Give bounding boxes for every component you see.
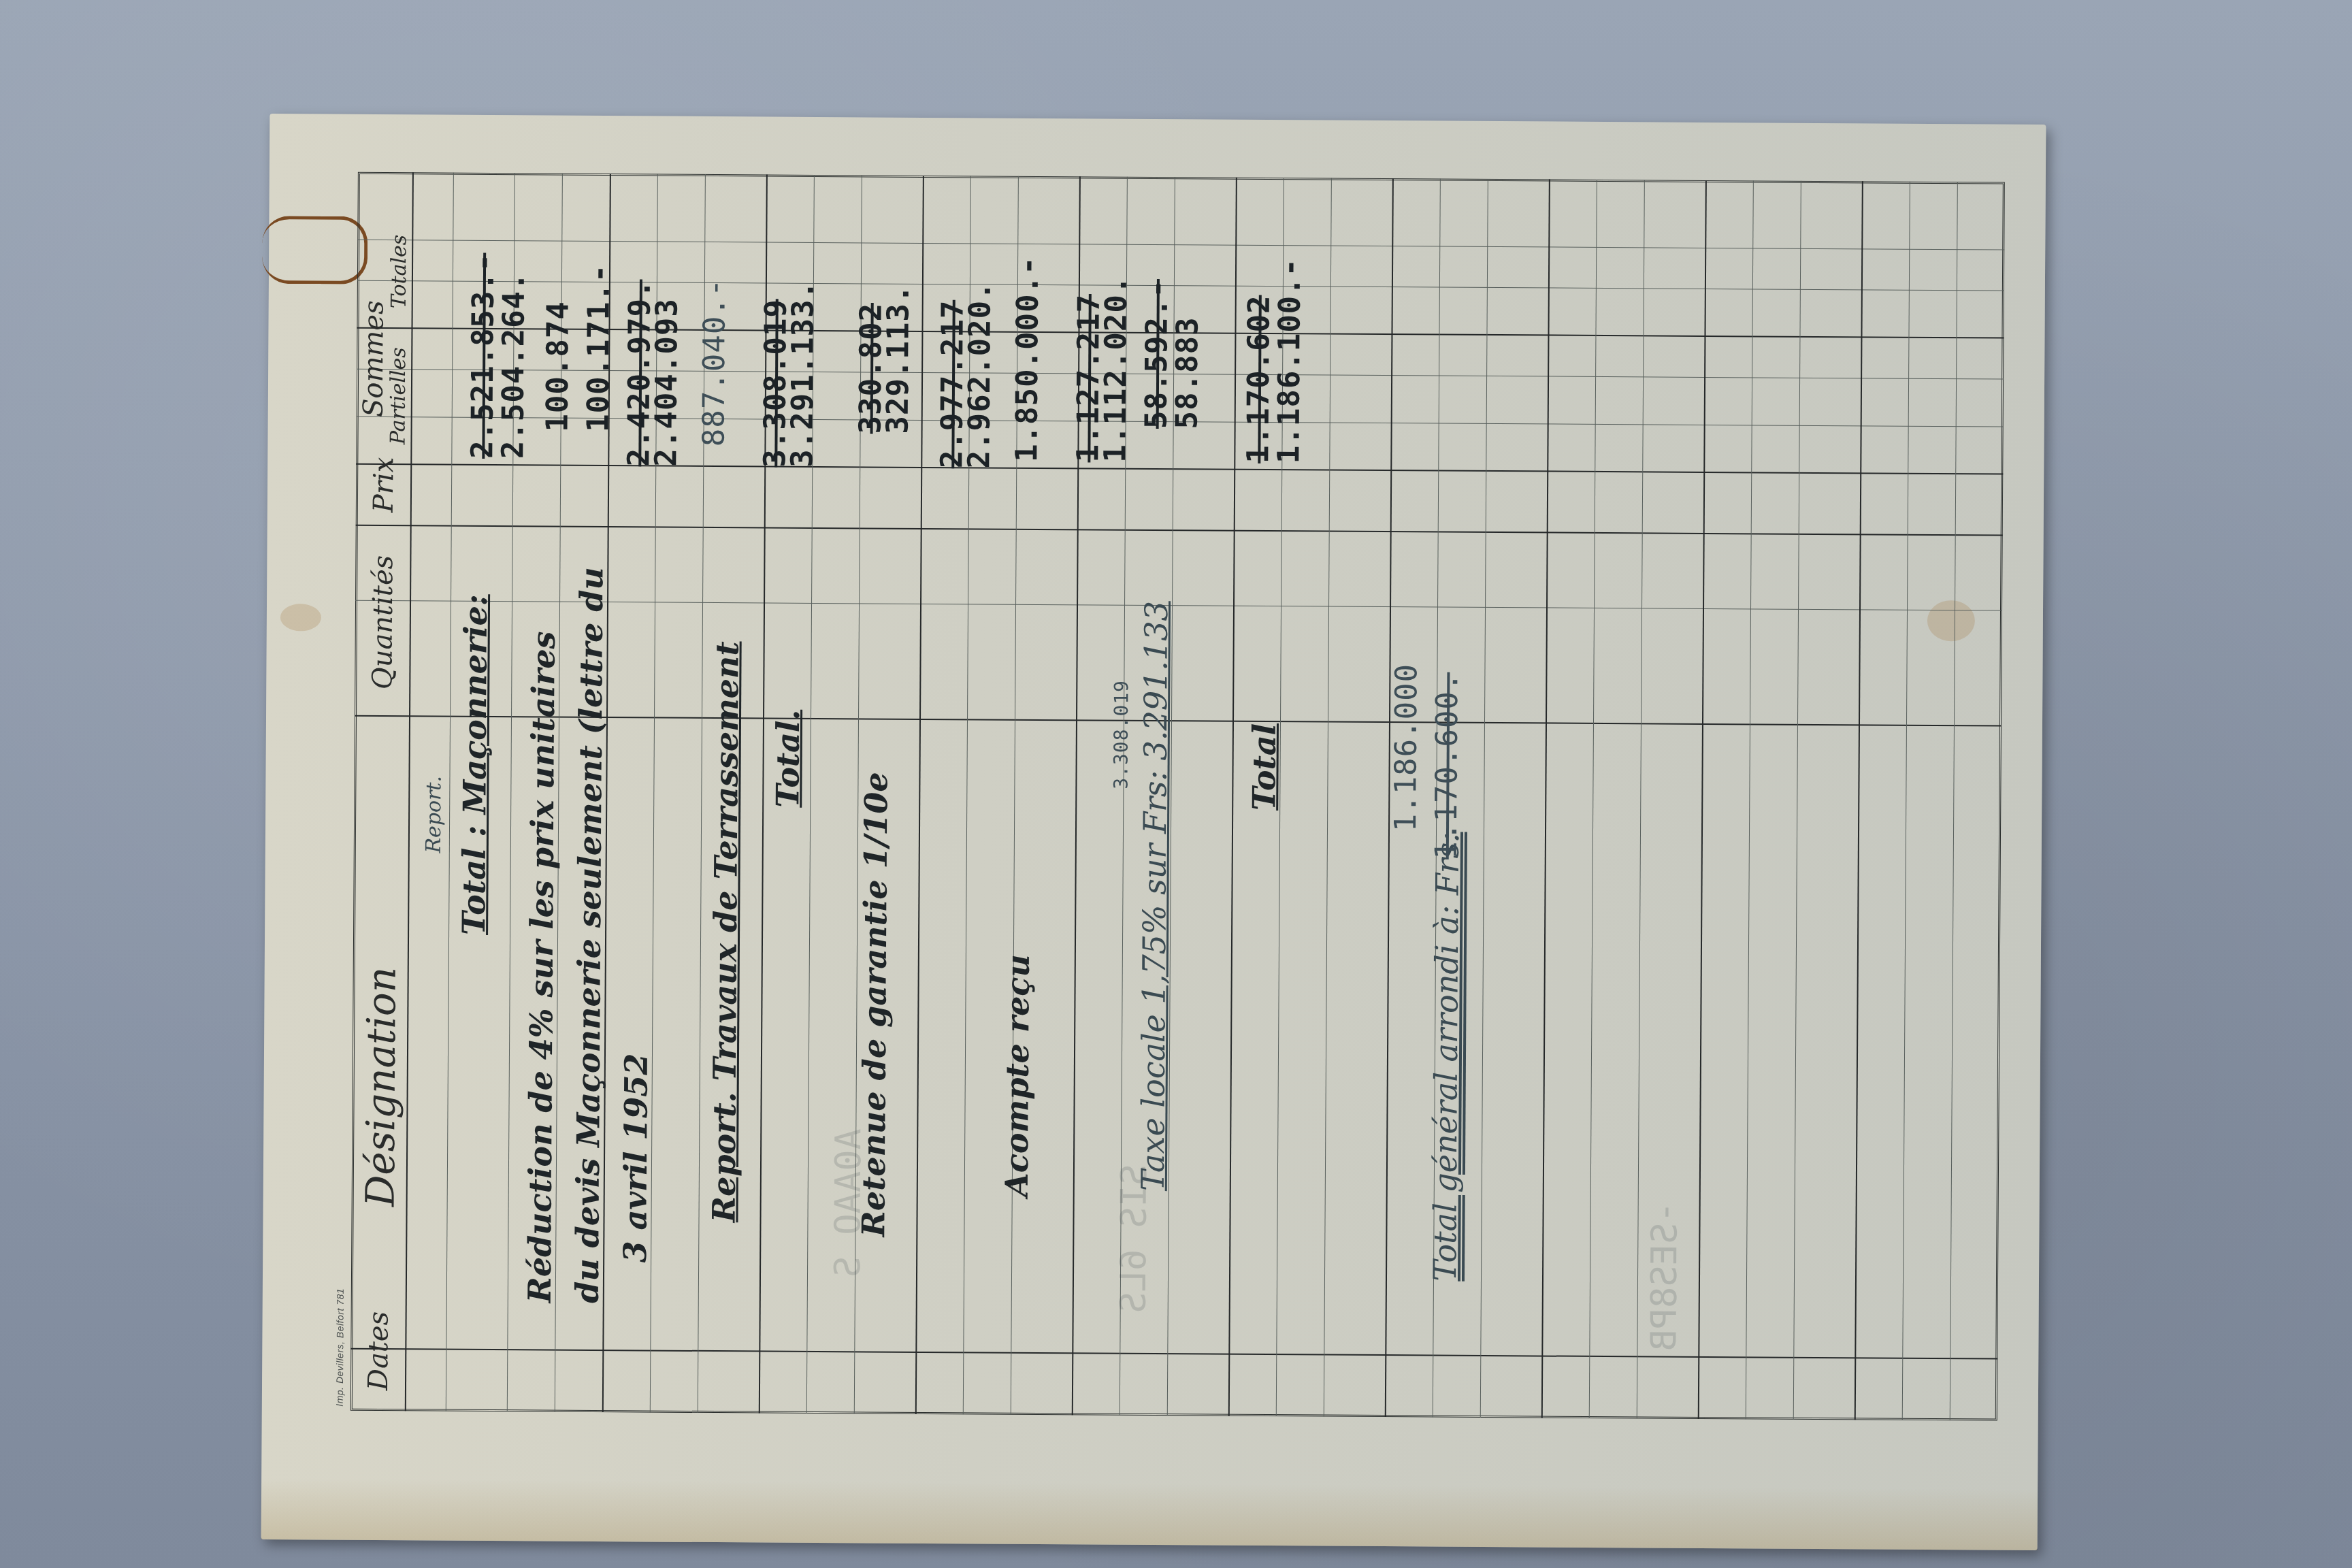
amount-total-1: 3.291.133.	[785, 280, 821, 468]
header-designation: Désignation	[357, 967, 405, 1207]
paperclip-mark	[262, 216, 368, 284]
entry-total-2: Total	[1245, 723, 1283, 811]
amount-taxe: 58.883	[1170, 316, 1205, 429]
total-general-revised: 1.186.000	[1388, 664, 1424, 832]
entry-total-maconnerie: Total : Maçonnerie:	[455, 594, 494, 935]
header-quantites: Quantités	[367, 555, 399, 690]
amount-solde: 1.112.020.	[1098, 276, 1134, 463]
header-dates: Dates	[363, 1311, 395, 1390]
entry-total-general: Total général arrondi à: Frs:	[1426, 832, 1466, 1281]
header-sommes: Sommes	[358, 300, 390, 417]
entry-reduction-3: 3 avril 1952	[617, 1053, 655, 1262]
amount-after-reduction: 2.404.093	[649, 298, 685, 467]
ledger-grid: Dates Désignation Quantités Prix Sommes …	[350, 172, 2005, 1421]
amount-reduction-b: 100.171.-	[581, 263, 617, 432]
header-partielles: Partielles	[386, 347, 410, 444]
rust-stain	[280, 604, 321, 631]
entry-taxe-locale: Taxe locale 1,75% sur Frs: 3.291.133	[1134, 601, 1175, 1191]
entry-reduction-1: Réduction de 4% sur les prix unitaires	[521, 631, 562, 1303]
entry-report-terrassement: Report. Travaux de Terrassement	[705, 641, 745, 1222]
total-general-original: 1.170.600.	[1429, 672, 1465, 860]
ledger-paper: Dates Désignation Quantités Prix Sommes …	[261, 114, 2046, 1550]
amount-net: 2.962.020.	[962, 281, 998, 468]
amount-retenue: 329.113.	[881, 284, 916, 434]
amount-maconnerie: 2.504.264.	[495, 272, 532, 459]
entry-acompte: Acompte reçu	[998, 954, 1036, 1197]
printer-mark: Imp. Devillers, Belfort 781	[334, 1288, 346, 1407]
header-prix: Prix	[368, 457, 399, 513]
amount-acompte: 1.850.000.-	[1009, 256, 1045, 462]
entry-reduction-2: du devis Maçonnerie seulement (lettre du	[569, 567, 610, 1303]
amount-terrassement: 887.040.-	[696, 278, 732, 446]
entry-taxe-note: 3.308.019	[1109, 680, 1132, 789]
header-totales: Totales	[387, 235, 412, 309]
entry-report: Report.	[422, 776, 446, 853]
amount-reduction-a: 100.874	[540, 301, 576, 432]
amount-total-2: 1.186.100.-	[1271, 258, 1307, 464]
entry-total-1: Total.	[769, 709, 806, 808]
